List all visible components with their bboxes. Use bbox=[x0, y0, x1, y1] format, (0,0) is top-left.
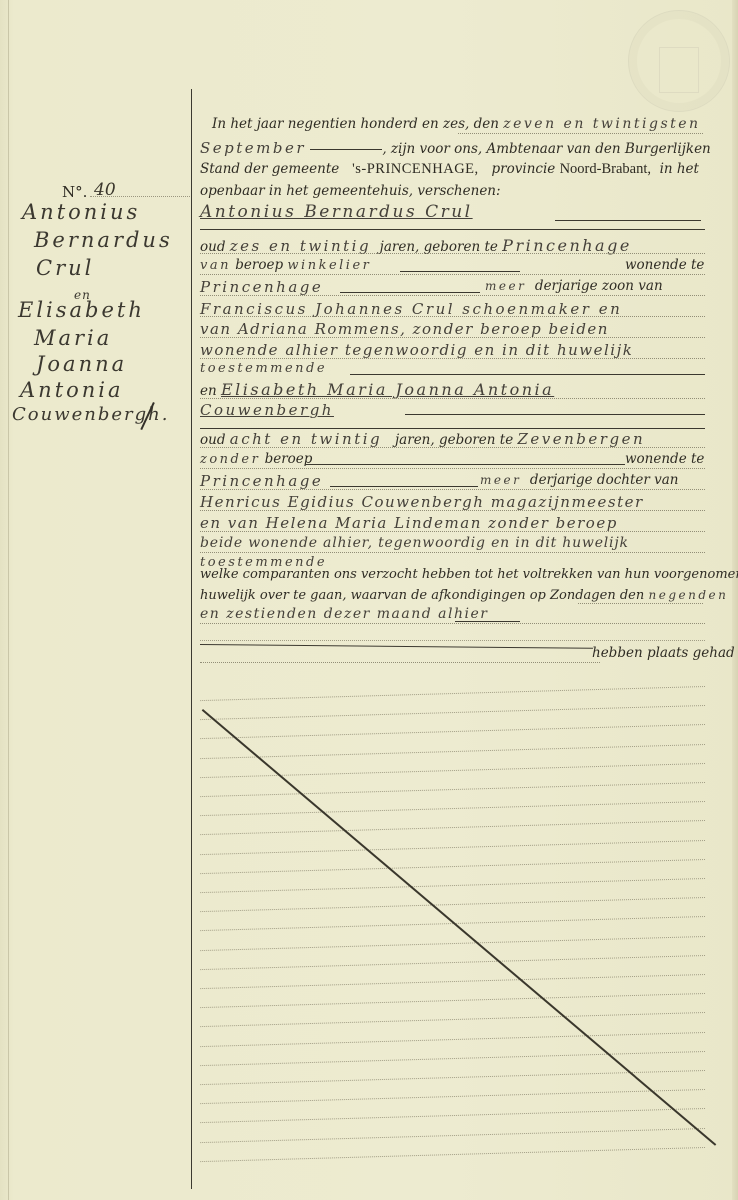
bride-surname: Couwenbergh bbox=[200, 401, 334, 419]
groom-mother: van Adriana Rommens, zonder beroep beide… bbox=[200, 320, 609, 338]
occ-prefix: zonder bbox=[200, 452, 260, 467]
record-number: 40 bbox=[94, 180, 116, 200]
blank-dash bbox=[350, 374, 705, 375]
intro-text: In het jaar negentien honderd en zes, de… bbox=[212, 116, 499, 132]
dotted-guide bbox=[200, 859, 705, 874]
embossed-seal-icon bbox=[628, 10, 730, 112]
residing-line: wonende te bbox=[625, 257, 705, 279]
page-binding-edge bbox=[8, 0, 9, 1200]
dotted-guide bbox=[200, 782, 705, 797]
margin-bride-given-2: Maria bbox=[34, 326, 112, 350]
blank-dash bbox=[310, 148, 382, 150]
dotted-guide bbox=[200, 801, 705, 816]
bride-given-names: Elisabeth Maria Joanna Antonia bbox=[221, 380, 554, 399]
day-dots bbox=[458, 133, 703, 134]
son-label: derjarige zoon van bbox=[535, 278, 663, 294]
residing-label: wonende te bbox=[625, 257, 704, 273]
margin-bride-given-4: Antonia bbox=[20, 378, 124, 402]
blank-dash bbox=[455, 621, 520, 622]
dotted-guide bbox=[200, 974, 705, 989]
margin-groom-given-2: Bernardus bbox=[34, 228, 173, 252]
record-line-3: Stand der gemeente 's-PRINCENHAGE, provi… bbox=[200, 161, 705, 183]
groom-age-line: oud zes en twintig jaren, geboren te Pri… bbox=[200, 236, 705, 258]
dotted-guide bbox=[200, 358, 705, 359]
provincie-label: provincie bbox=[492, 161, 556, 177]
province: Noord-Brabant, bbox=[560, 161, 651, 177]
dotted-guide bbox=[200, 744, 705, 759]
dotted-guide bbox=[200, 955, 705, 970]
bride-mother: en van Helena Maria Lindeman zonder bero… bbox=[200, 514, 618, 532]
blank-dash bbox=[340, 292, 480, 293]
bride-parents-consent: beide wonende alhier, tegenwoordig en in… bbox=[200, 535, 629, 551]
dotted-guide bbox=[200, 489, 705, 490]
dotted-guide bbox=[200, 468, 705, 469]
groom-parents-line-2: van Adriana Rommens, zonder beroep beide… bbox=[200, 320, 705, 342]
dotted-guide bbox=[200, 253, 705, 254]
bride-majority: meer bbox=[480, 473, 521, 487]
banns-date-1: negenden bbox=[649, 588, 729, 602]
bride-parents-line-1: Henricus Egidius Couwenbergh magazijnmee… bbox=[200, 493, 705, 515]
dotted-guide bbox=[200, 840, 705, 855]
occ-prefix: van bbox=[200, 258, 231, 273]
banns-text: huwelijk over te gaan, waarvan de afkond… bbox=[200, 588, 644, 603]
month-handwritten: September bbox=[200, 139, 306, 157]
dotted-guide bbox=[200, 820, 705, 835]
dotted-guide bbox=[200, 623, 705, 624]
oud-label: oud bbox=[200, 432, 225, 448]
bride-residence: Princenhage bbox=[200, 472, 323, 490]
en-label: en bbox=[200, 383, 217, 399]
section-rule bbox=[200, 428, 705, 429]
dotted-guide bbox=[200, 316, 705, 317]
took-place-line: hebben plaats gehad bbox=[592, 645, 705, 667]
dotted-guide bbox=[578, 603, 703, 604]
dotted-guide bbox=[200, 897, 705, 912]
blank-dash bbox=[400, 271, 520, 272]
request-line-3: en zestienden dezer maand alhier bbox=[200, 606, 705, 628]
dotted-guide bbox=[200, 993, 705, 1008]
request-text: welke comparanten ons verzocht hebben to… bbox=[200, 567, 738, 582]
dotted-guide bbox=[200, 1012, 705, 1027]
dotted-guide bbox=[200, 724, 705, 739]
born-label: jaren, geboren te bbox=[395, 432, 513, 448]
blank-dash bbox=[555, 220, 701, 221]
blank-dash bbox=[305, 464, 625, 465]
dotted-guide bbox=[200, 705, 705, 720]
dotted-guide bbox=[200, 1089, 705, 1104]
dotted-guide bbox=[200, 916, 705, 931]
day-handwritten: zeven en twintigsten bbox=[503, 116, 700, 132]
bride-father: Henricus Egidius Couwenbergh magazijnmee… bbox=[200, 493, 644, 511]
bride-age-line: oud acht en twintig jaren, geboren te Ze… bbox=[200, 430, 705, 452]
dotted-guide bbox=[200, 337, 705, 338]
dotted-guide bbox=[200, 274, 705, 275]
took-place-text: hebben plaats gehad bbox=[592, 645, 735, 661]
bride-name-line-2: Couwenbergh bbox=[200, 401, 705, 423]
daughter-label: derjarige dochter van bbox=[530, 472, 679, 488]
groom-occupation: winkelier bbox=[287, 258, 371, 273]
groom-consent: toestemmende bbox=[200, 361, 327, 376]
groom-parents-line-1: Franciscus Johannes Crul schoenmaker en bbox=[200, 300, 705, 322]
dotted-guide bbox=[200, 398, 705, 399]
dotted-guide bbox=[200, 295, 705, 296]
record-line-2: September , zijn voor ons, Ambtenaar van… bbox=[200, 139, 705, 161]
blank-dash bbox=[200, 644, 593, 649]
dotted-guide bbox=[200, 510, 705, 511]
groom-residence: Princenhage bbox=[200, 278, 323, 296]
dotted-guide bbox=[200, 1108, 705, 1123]
margin-divider bbox=[191, 89, 192, 1189]
record-number-label: N°. bbox=[62, 183, 87, 201]
stand-text: Stand der gemeente bbox=[200, 161, 339, 177]
dotted-guide bbox=[200, 1147, 705, 1162]
official-text: , zijn voor ons, Ambtenaar van den Burge… bbox=[382, 141, 710, 157]
request-line-1: welke comparanten ons verzocht hebben to… bbox=[200, 566, 705, 588]
dotted-guide bbox=[200, 552, 705, 553]
groom-majority: meer bbox=[485, 279, 526, 293]
bride-age: acht en twintig bbox=[230, 430, 382, 448]
dotted-guide bbox=[200, 1051, 705, 1066]
banns-date-2: en zestienden dezer maand alhier bbox=[200, 606, 488, 622]
appeared-text: openbaar in het gemeentehuis, verschenen… bbox=[200, 183, 501, 199]
dotted-guide bbox=[200, 447, 705, 448]
groom-parents-line-4: toestemmende bbox=[200, 360, 705, 382]
record-line-1: In het jaar negentien honderd en zes, de… bbox=[212, 116, 717, 138]
groom-parents-consent: wonende alhier tegenwoordig en in dit hu… bbox=[200, 341, 633, 359]
son-line: meer derjarige zoon van bbox=[485, 278, 705, 300]
dotted-guide bbox=[200, 936, 705, 951]
section-rule bbox=[200, 229, 705, 230]
dotted-guide bbox=[200, 1032, 705, 1047]
in-het-text: in het bbox=[660, 161, 699, 177]
groom-name: Antonius Bernardus Crul bbox=[200, 202, 473, 222]
bride-parents-line-2: en van Helena Maria Lindeman zonder bero… bbox=[200, 514, 705, 536]
bride-birthplace: Zevenbergen bbox=[518, 430, 646, 448]
residing-label: wonende te bbox=[625, 451, 704, 467]
residing-line: wonende te bbox=[625, 451, 705, 473]
blank-dash bbox=[330, 486, 478, 487]
beroep-label: beroep bbox=[235, 257, 283, 273]
dotted-guide bbox=[200, 1128, 705, 1143]
dotted-guide bbox=[200, 686, 705, 701]
margin-bride-given-3: Joanna bbox=[36, 352, 127, 376]
blank-dash bbox=[405, 414, 705, 415]
margin-bride-given-1: Elisabeth bbox=[18, 298, 145, 322]
municipality: 's-PRINCENHAGE, bbox=[352, 161, 479, 177]
dotted-guide bbox=[200, 878, 705, 893]
margin-groom-given-1: Antonius bbox=[22, 200, 140, 224]
dotted-guide bbox=[200, 640, 705, 641]
dotted-guide bbox=[200, 662, 600, 663]
register-page: N°. 40 Antonius Bernardus Crul en Elisab… bbox=[0, 0, 738, 1200]
dotted-guide bbox=[200, 531, 705, 532]
page-right-edge bbox=[732, 0, 738, 1200]
record-number-dots bbox=[90, 196, 190, 197]
daughter-line: meer derjarige dochter van bbox=[480, 472, 705, 494]
margin-groom-surname: Crul bbox=[36, 256, 94, 280]
